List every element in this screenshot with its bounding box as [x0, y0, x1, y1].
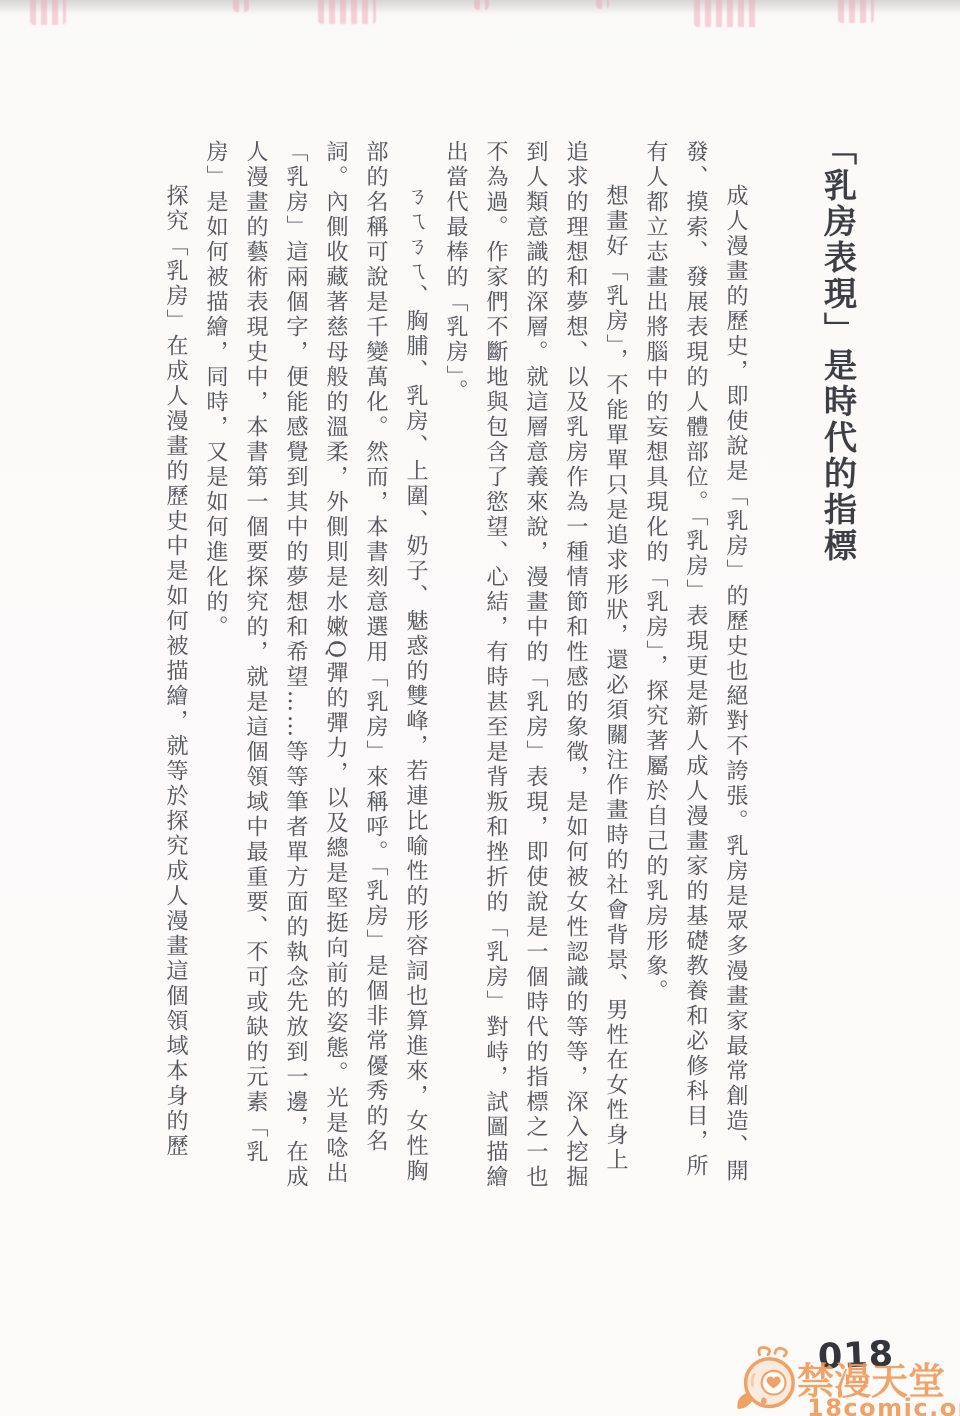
page-title: 「乳房表現」是時代的指標 [806, 132, 870, 564]
paragraph-1: 成人漫畫的歷史，即使說是「乳房」的歷史也絕對不誇張。乳房是眾多漫畫家最常創造、開… [635, 140, 755, 1196]
pink-fragment-6 [694, 0, 758, 27]
pink-fragment-4 [474, 0, 489, 10]
scanned-book-page: 「乳房表現」是時代的指標 成人漫畫的歷史，即使說是「乳房」的歷史也絕對不誇張。乳… [0, 0, 960, 1416]
pink-fragment-3 [318, 0, 376, 24]
site-watermark: 禁漫天堂 18comic.org [733, 1343, 960, 1416]
whale-mascot-icon [733, 1343, 803, 1416]
pink-fragment-7 [838, 0, 874, 23]
pink-fragment-2 [233, 0, 249, 12]
paragraph-4: 探究「乳房」在成人漫畫的歷史中是如何被描繪，就等於探究成人漫畫這個領域本身的歷 [155, 140, 195, 1196]
body-text: 成人漫畫的歷史，即使說是「乳房」的歷史也絕對不誇張。乳房是眾多漫畫家最常創造、開… [155, 140, 755, 1196]
watermark-site-url: 18comic.org [807, 1394, 960, 1416]
pink-fragment-5 [596, 0, 609, 9]
paragraph-2: 想畫好「乳房」，不能單單只是追求形狀，還必須關注作畫時的社會背景、男性在女性身上… [435, 140, 635, 1196]
paragraph-3: ㄋㄟㄋㄟ、胸脯、乳房、上圍、奶子、魅惑的雙峰，若連比喻性的形容詞也算進來，女性胸… [195, 140, 435, 1196]
pink-fragment-1 [30, 0, 66, 25]
